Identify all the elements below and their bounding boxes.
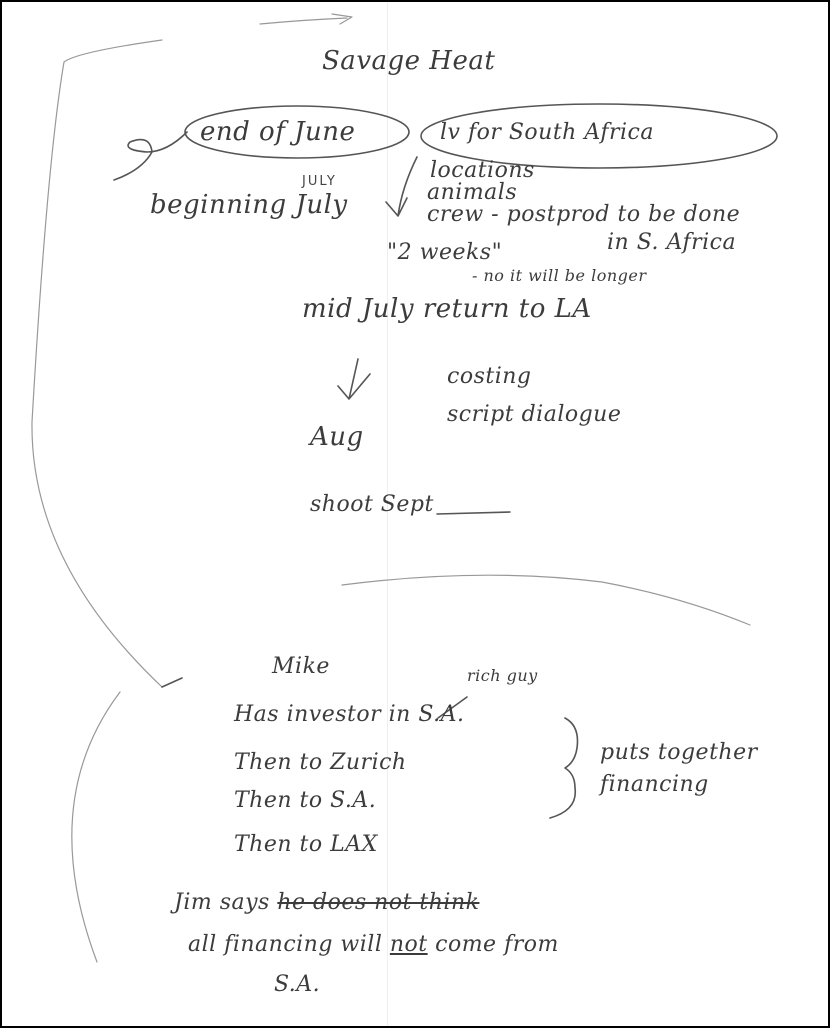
struck-text: he does not think [277, 890, 479, 915]
note-end-of-june: end of June [200, 117, 355, 147]
conclusion-pre: all financing will [188, 932, 382, 957]
arrow-down-aug-icon [338, 359, 370, 399]
scanned-page: Savage Heat end of June lv for South Afr… [2, 2, 828, 1026]
note-rich-guy: rich guy [467, 666, 538, 685]
note-july-insert: JULY [302, 174, 337, 189]
note-shoot-sept: shoot Sept [310, 492, 434, 517]
conclusion-emphasis: not [390, 932, 428, 957]
document-title: Savage Heat [322, 46, 495, 76]
arrow-top-icon [260, 14, 352, 24]
task-script-dialogue: script dialogue [447, 402, 621, 427]
note-puts-together: puts together [600, 740, 758, 765]
arrow-down-icon [386, 157, 417, 216]
note-longer: - no it will be longer [472, 266, 647, 285]
step-lax: Then to LAX [234, 832, 378, 857]
note-jim-says: Jim says he does not think [174, 890, 479, 915]
note-conclusion-end: S.A. [274, 972, 320, 997]
note-financing: financing [600, 772, 709, 797]
step-zurich: Then to Zurich [234, 750, 407, 775]
section-divider [342, 575, 750, 625]
note-in-south-africa: in S. Africa [607, 230, 736, 255]
conclusion-post: come from [435, 932, 559, 957]
step-investor: Has investor in S.A. [234, 702, 464, 727]
note-two-weeks: "2 weeks" [387, 240, 502, 265]
note-mid-july-return: mid July return to LA [302, 294, 592, 324]
note-aug: Aug [310, 422, 364, 452]
note-leave-for-south-africa: lv for South Africa [440, 120, 654, 145]
note-beginning-july: beginning July [150, 190, 348, 220]
step-sa: Then to S.A. [234, 788, 376, 813]
jim-says-text: Jim says [174, 890, 270, 915]
note-mike: Mike [272, 654, 330, 679]
brace-icon [550, 718, 578, 818]
note-conclusion: all financing will not come from [188, 932, 559, 957]
task-costing: costing [447, 364, 532, 389]
list-item-crew: crew - postprod to be done [427, 202, 740, 227]
